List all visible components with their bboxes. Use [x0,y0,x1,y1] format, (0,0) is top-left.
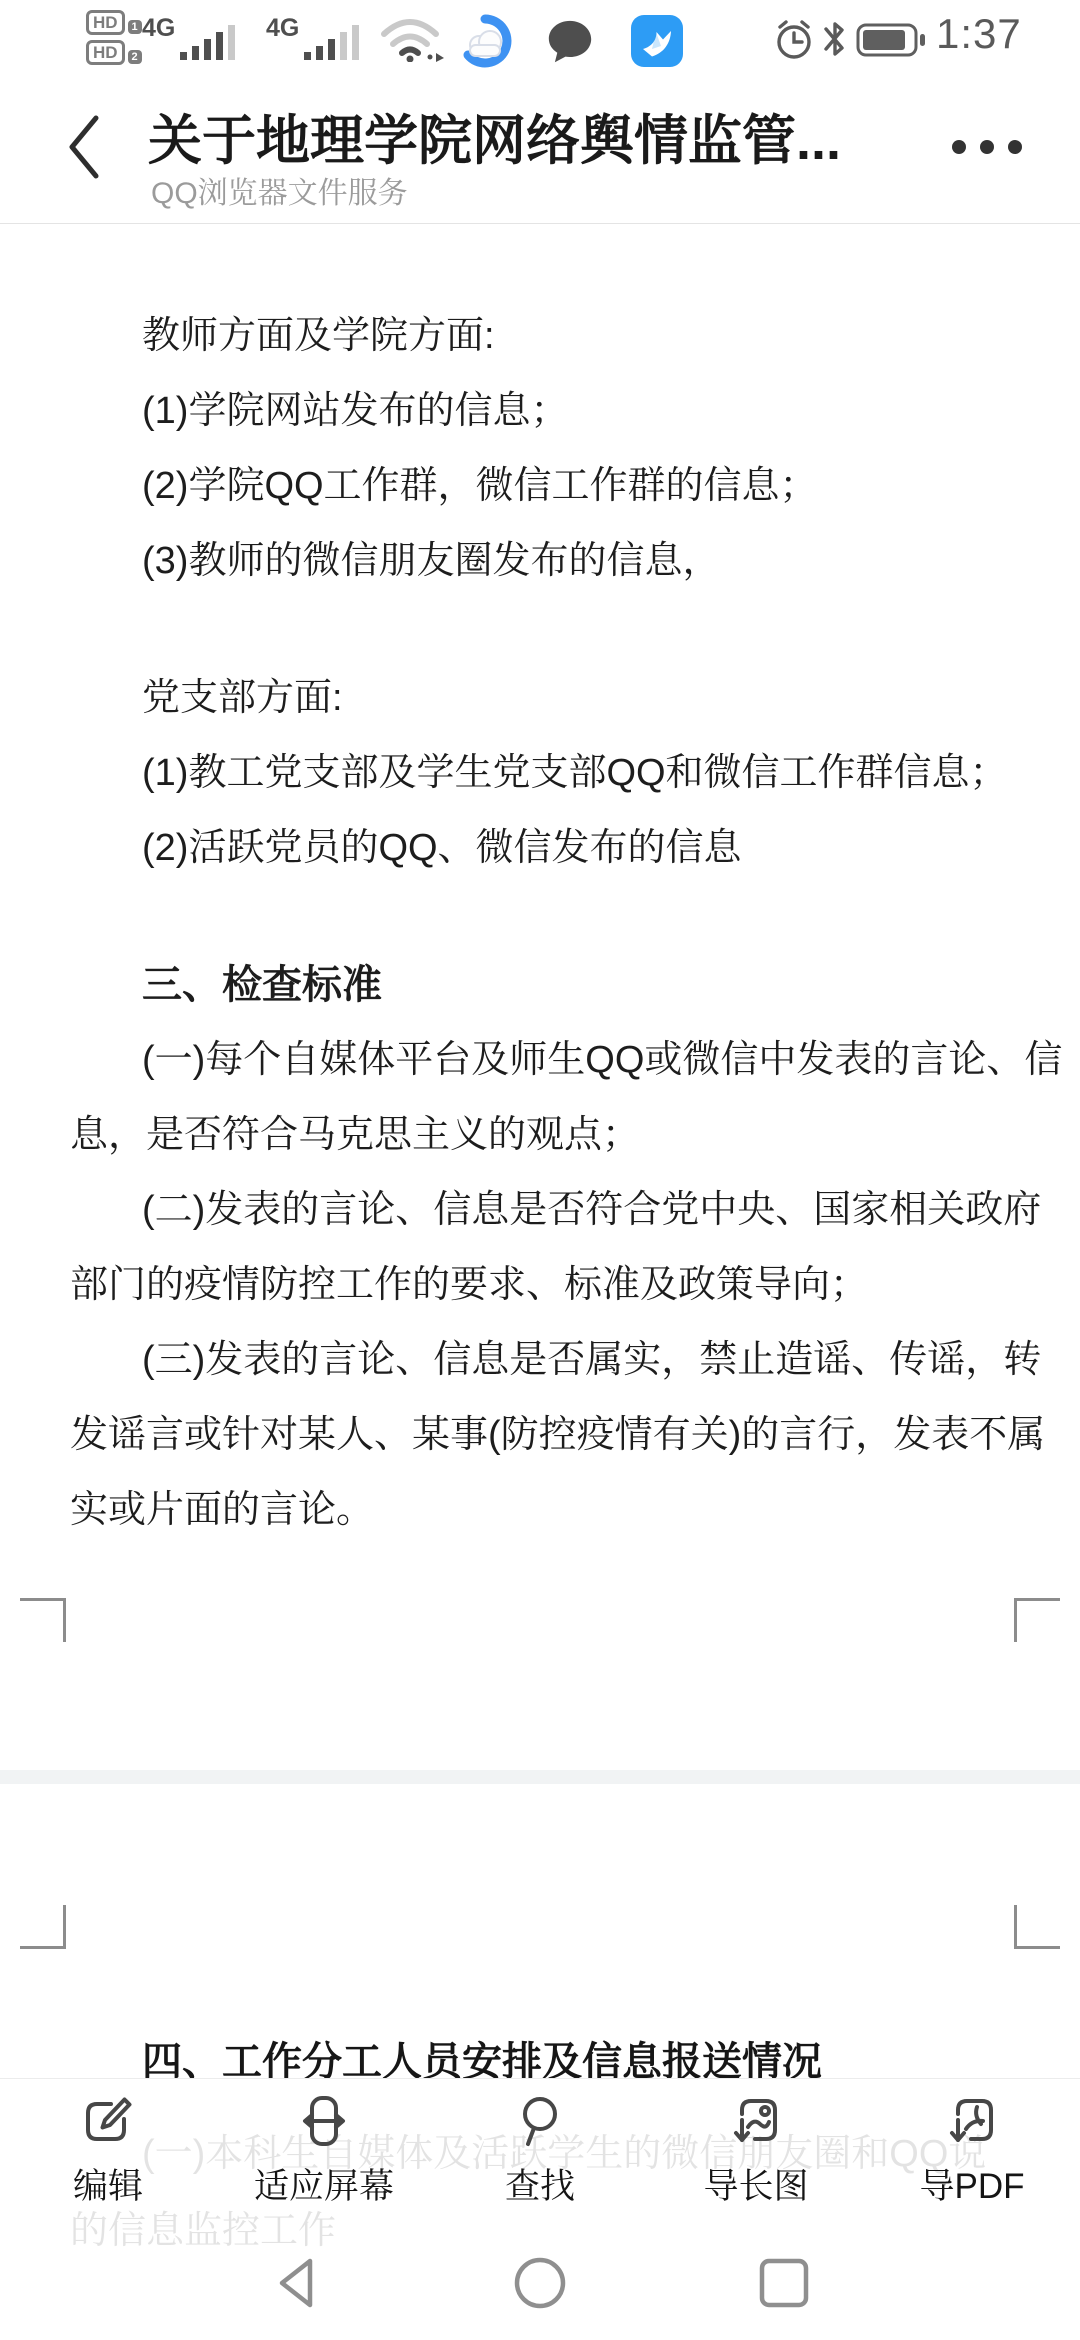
export-long-image-icon [729,2094,783,2148]
chat-bubble-app-icon [544,16,596,68]
wifi-icon [378,16,450,62]
status-time: 1:37 [936,10,1022,58]
document-paragraph: (3)教师的微信朋友圈发布的信息， [70,524,1070,599]
document-paragraph: (三)发表的言论、信息是否属实，禁止造谣、传谣，转 发谣言或针对某人、某事(防控… [70,1323,1070,1548]
bluetooth-icon [822,16,848,62]
tool-label: 导长图 [703,2159,808,2209]
document-paragraph: (1)教工党支部及学生党支部QQ和微信工作群信息； [70,736,1070,811]
tool-label: 适应屏幕 [254,2159,394,2209]
export-pdf-button[interactable]: 导PDF [864,2079,1080,2209]
battery-icon [856,22,926,58]
export-pdf-icon [945,2094,999,2148]
edit-icon [81,2094,135,2148]
header: 关于地理学院网络舆情监管... QQ浏览器文件服务 [0,74,1080,224]
more-options-icon[interactable] [952,140,1022,154]
crop-mark-top-left [20,1946,66,1949]
hd1-sub: 1 [128,20,142,34]
document-paragraph: (2)活跃党员的QQ、微信发布的信息 [70,811,1070,886]
alarm-clock-icon [772,18,816,62]
document-paragraph: (2)学院QQ工作群，微信工作群的信息； [70,449,1070,524]
tim-app-icon [630,14,684,68]
crop-mark-bottom-right [1014,1598,1017,1642]
crop-mark-top-right [1014,1946,1060,1949]
recents-square-icon[interactable] [756,2255,812,2311]
home-circle-icon[interactable] [512,2255,568,2311]
network2-label: 4G [266,14,299,43]
hd1-badge: HD 1 [86,10,142,35]
document-paragraph: (一)每个自媒体平台及师生QQ或微信中发表的言论、信 息，是否符合马克思主义的观… [70,1023,1070,1173]
network1-label: 4G [142,14,175,43]
crop-mark-top-left [63,1905,66,1949]
fit-screen-button[interactable]: 适应屏幕 [216,2079,432,2209]
crop-mark-bottom-right [1014,1598,1060,1601]
crop-mark-bottom-left [63,1598,66,1642]
hd2-badge: HD 2 [86,40,142,65]
phone-screen: HD 1 HD 2 4G 4G [0,0,1080,2340]
hd2-label: HD [86,40,125,65]
tool-label: 查找 [505,2159,575,2209]
status-bar: HD 1 HD 2 4G 4G [0,0,1080,74]
page-title: 关于地理学院网络舆情监管... [148,98,908,175]
tool-label: 导PDF [919,2159,1024,2209]
fit-screen-icon [297,2094,351,2148]
section-heading: 三、检查标准 [70,948,1070,1023]
document-page1: 教师方面及学院方面:(1)学院网站发布的信息；(2)学院QQ工作群，微信工作群的… [70,225,1070,1548]
signal-bars-icon [304,22,366,60]
export-long-image-button[interactable]: 导长图 [648,2079,864,2209]
back-chevron-icon[interactable] [62,112,106,182]
weather-app-icon [458,14,512,68]
system-nav-bar [0,2247,1080,2337]
document-paragraph: 党支部方面: [70,661,1070,736]
find-button[interactable]: 查找 [432,2079,648,2209]
hd1-label: HD [86,10,125,35]
document-paragraph: (二)发表的言论、信息是否符合党中央、国家相关政府 部门的疫情防控工作的要求、标… [70,1173,1070,1323]
crop-mark-top-right [1014,1905,1017,1949]
header-divider [0,223,1080,224]
page-subtitle: QQ浏览器文件服务 [151,168,408,212]
document-paragraph: 教师方面及学院方面: [70,299,1070,374]
tool-label: 编辑 [73,2159,143,2209]
back-triangle-icon[interactable] [272,2255,328,2311]
bottom-toolbar: 编辑 适应屏幕 [0,2078,1080,2340]
edit-button[interactable]: 编辑 [0,2079,216,2209]
document-paragraph: (1)学院网站发布的信息； [70,374,1070,449]
hd2-sub: 2 [128,50,142,64]
page-separator [0,1770,1080,1784]
signal-bars-icon [180,22,242,60]
search-icon [513,2094,567,2148]
crop-mark-bottom-left [20,1598,66,1601]
